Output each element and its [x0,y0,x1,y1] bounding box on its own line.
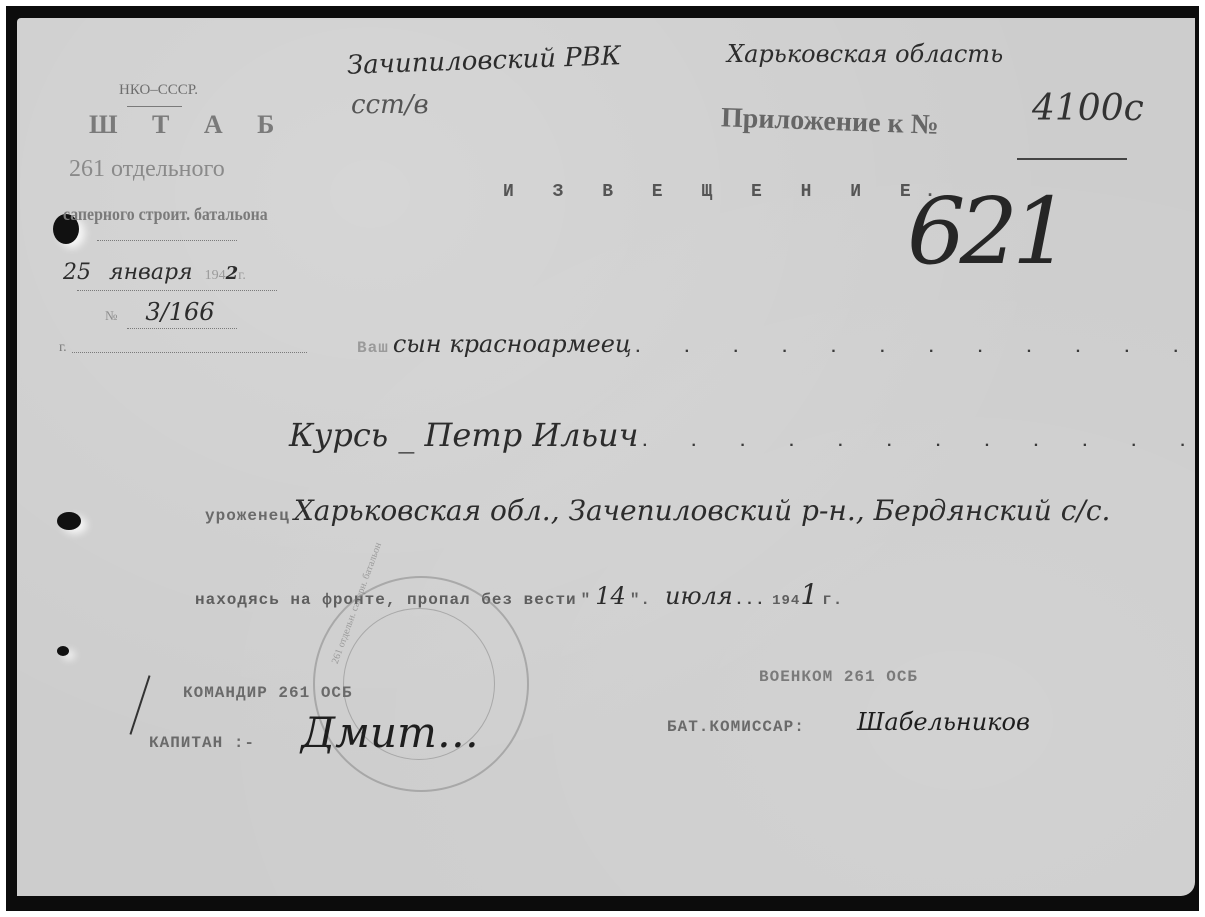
commissar-signature: Шабельников [857,708,1030,736]
your-label: Ваш [357,339,389,357]
date-year-suffix: г. [238,268,246,283]
margin-mark [129,675,150,735]
ministry-label: НКО–СССР. [119,82,198,99]
unit-line-2: саперного строит. батальона [63,204,268,225]
commissar-rank: БАТ.КОМИССАР: [667,718,805,736]
fill-dots: . . . . . . . . . . . . [643,433,1195,450]
number-prefix: № [105,308,117,323]
punch-hole-middle [57,512,81,530]
punch-hole-bottom [57,646,69,656]
body-line-status: находясь на фронте, пропал без вести " 1… [195,578,843,611]
annex-underline [1017,158,1127,160]
fill-dots: . . . . . . . . . . . . [636,339,1195,356]
date-year-hand: 2 [226,263,239,284]
missing-year-suffix: г. [822,591,843,609]
quote-open: " [581,591,592,609]
number-underline [127,328,237,329]
header-number: № 3/166 [105,298,215,326]
soldier-name: Курсь _ Петр Ильич [289,416,639,454]
son-rank: сын красноармеец [393,330,632,358]
document-title: И З В Е Щ Е Н И Е. [503,182,949,202]
commander-rank: КАПИТАН :- [149,734,255,752]
commissar-title: ВОЕНКОМ 261 ОСБ [759,668,918,686]
city-underline [72,352,307,353]
date-year-prefix: 194 [205,268,226,283]
missing-year-prefix: 194 [772,593,800,609]
fill-dots: ... [737,591,768,608]
date-underline [77,290,277,291]
handwritten-rvk: Зачипиловский РВК [347,41,622,81]
quote-close: ". [630,591,651,609]
unit-underline [97,240,237,241]
origin-place: Харьковская обл., Зачепиловский р-н., Бе… [294,494,1111,527]
origin-label: уроженец [205,507,290,525]
annex-label: Приложение к № [721,102,940,142]
hq-label: Ш Т А Б [89,110,288,140]
annex-number: 4100с [1032,88,1144,129]
date-month: января [109,260,193,285]
body-line-son: Ваш сын красноармеец . . . . . . . . . .… [357,330,1195,358]
missing-day: 14 [595,582,626,610]
commander-title: КОМАНДИР 261 ОСБ [183,684,353,702]
document-sheet: НКО–СССР. Ш Т А Б 261 отдельного саперно… [17,18,1195,896]
outgoing-number: 3/166 [145,298,214,326]
body-line-name: Курсь _ Петр Ильич . . . . . . . . . . .… [289,416,1195,454]
handwritten-region: Харьковская область [727,40,1003,68]
handwritten-note: сст/в [351,90,429,120]
unit-line-1: 261 отдельного [69,156,225,183]
commander-signature: Дмит… [301,708,479,757]
city-prefix: г. [59,340,67,356]
missing-month: июля [665,582,733,610]
body-line-origin: уроженец Харьковская обл., Зачепиловский… [205,494,1110,527]
missing-year-hand: 1 [800,578,818,611]
header-date: 25 января 1942г. [63,260,246,285]
date-day: 25 [63,260,91,285]
ministry-underline [127,106,182,107]
